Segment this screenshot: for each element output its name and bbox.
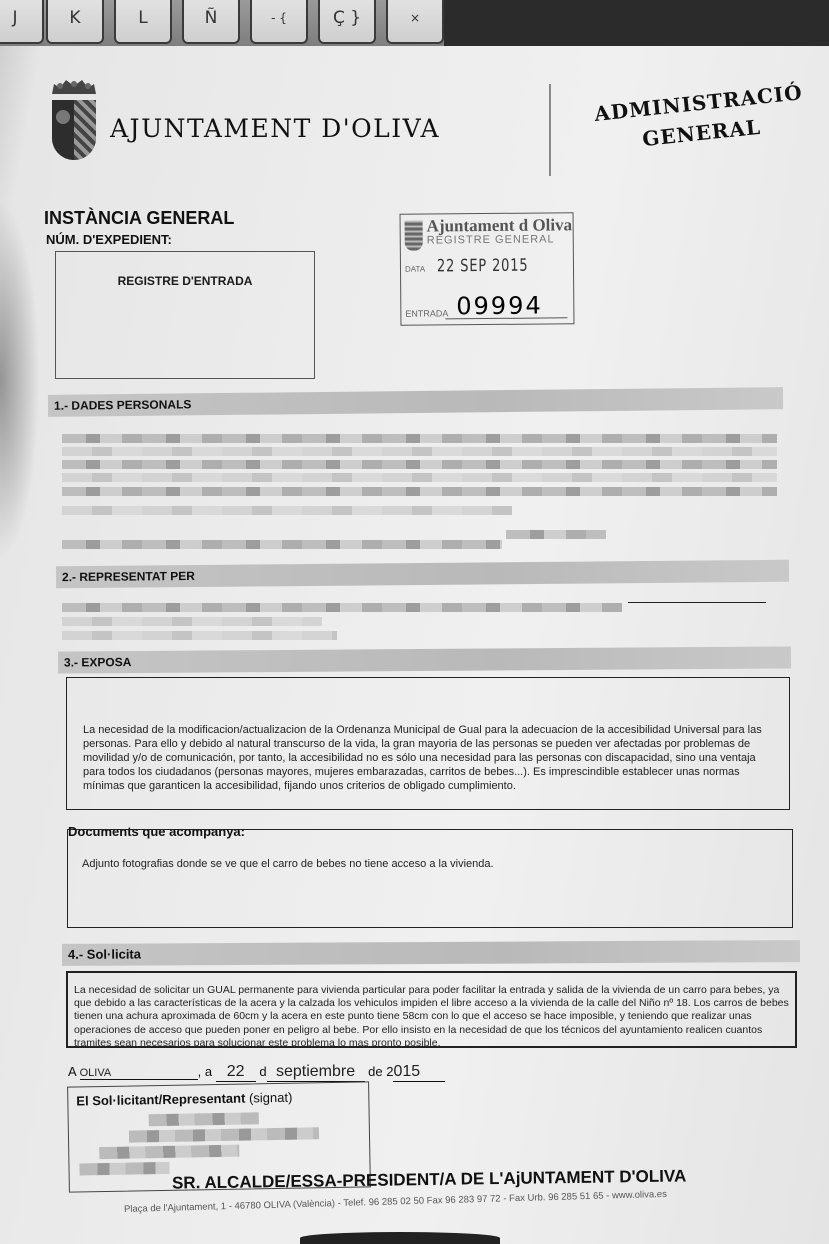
key-multiply: ×: [386, 0, 444, 44]
year-field[interactable]: 015: [393, 1063, 445, 1082]
key-brace-open: - {: [250, 0, 308, 44]
key-j: J: [0, 0, 44, 44]
day-field[interactable]: 22: [216, 1063, 256, 1082]
coat-of-arms-icon: [50, 78, 98, 164]
form-title: INSTÀNCIA GENERAL: [44, 208, 234, 229]
registry-box-label: REGISTRE D'ENTRADA: [56, 274, 314, 288]
stamp-date: 22 SEP 2015: [437, 256, 529, 277]
solicita-text: La necesidad de solicitar un GUAL perman…: [74, 984, 789, 1050]
key-c-cedilla: Ç }: [318, 0, 376, 44]
exposa-text: La necesidad de la modificacion/actualiz…: [83, 723, 773, 793]
section-solicita-header: 4.- Sol·licita: [62, 940, 800, 966]
header-divider: [549, 84, 551, 176]
documents-text: Adjunto fotografias donde se ve que el c…: [82, 857, 778, 871]
key-l: L: [114, 0, 172, 44]
representative-underline: [628, 602, 766, 603]
expedient-label: NÚM. D'EXPEDIENT:: [46, 232, 172, 247]
place-field[interactable]: OLIVA: [80, 1067, 198, 1080]
date-place-row: A OLIVA, a 22 dseptiembre de 2015: [68, 1063, 445, 1082]
registry-stamp: Ajuntament d Oliva REGISTRE GENERAL DATA…: [400, 212, 575, 326]
signer-label: El Sol·licitant/Representant (signat): [76, 1090, 292, 1109]
city-title: AJUNTAMENT D'OLIVA: [110, 114, 440, 143]
keyboard-background: J K L Ñ - { Ç } ×: [0, 0, 829, 48]
key-n-tilde: Ñ: [182, 0, 240, 44]
key-k: K: [46, 0, 104, 44]
stamp-crest-icon: [405, 221, 423, 251]
stamp-date-label: DATA: [405, 265, 425, 274]
month-field[interactable]: septiembre: [267, 1063, 365, 1082]
documents-textbox[interactable]: Adjunto fotografias donde se ve que el c…: [67, 829, 793, 928]
stamp-entry-number: 09994: [456, 292, 543, 321]
stamp-entry-label: ENTRADA: [405, 308, 448, 318]
registry-box: REGISTRE D'ENTRADA: [55, 251, 315, 379]
hand-shadow: [0, 200, 40, 560]
exposa-textbox[interactable]: La necesidad de la modificacion/actualiz…: [66, 677, 790, 810]
solicita-textbox[interactable]: La necesidad de solicitar un GUAL perman…: [66, 971, 797, 1048]
stamp-registry: REGISTRE GENERAL: [427, 233, 555, 246]
